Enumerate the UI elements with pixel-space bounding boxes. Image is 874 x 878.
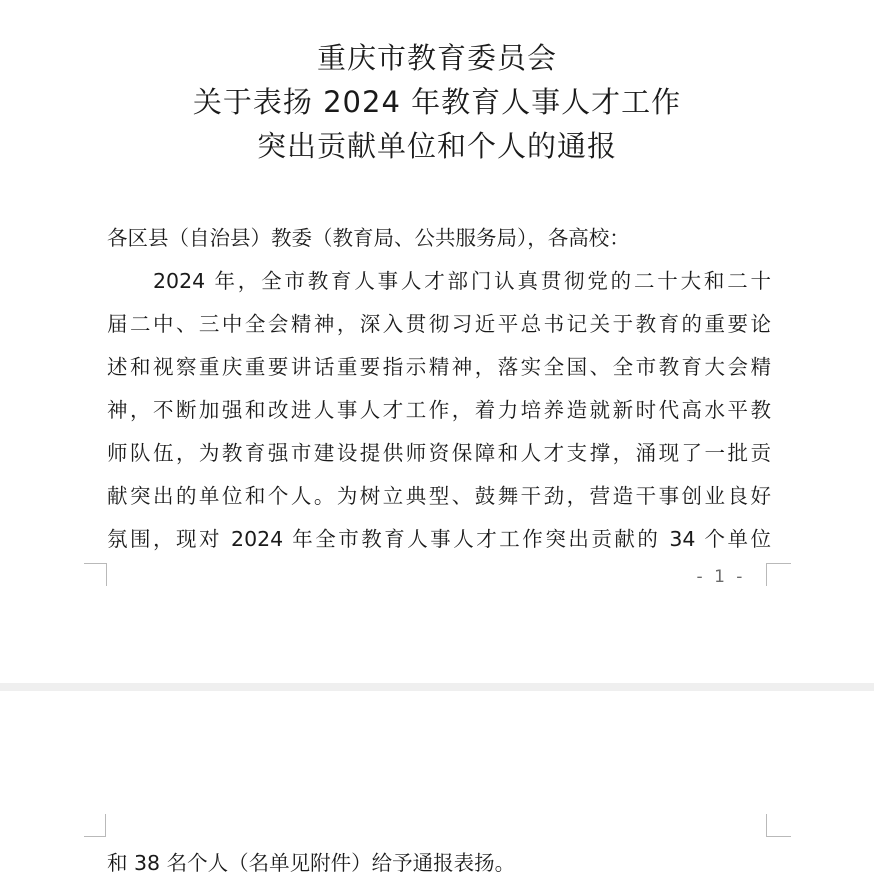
body-line-7: 氛围，现对 2024 年全市教育人事人才工作突出贡献的 34 个单位	[107, 524, 771, 554]
document-title-line-1: 重庆市教育委员会	[0, 38, 874, 78]
salutation: 各区县（自治县）教委（教育局、公共服务局），各高校：	[107, 223, 771, 253]
body-line-4: 神，不断加强和改进人事人才工作，着力培养造就新时代高水平教	[107, 395, 771, 425]
margin-corner-mark-bottom-right	[766, 563, 791, 586]
body-line-5: 师队伍，为教育强市建设提供师资保障和人才支撑，涌现了一批贡	[107, 438, 771, 468]
body-line-2: 届二中、三中全会精神，深入贯彻习近平总书记关于教育的重要论	[107, 309, 771, 339]
margin-corner-mark-top-right	[766, 814, 791, 837]
body-line-3: 述和视察重庆重要讲话重要指示精神，落实全国、全市教育大会精	[107, 352, 771, 382]
margin-corner-mark-bottom-left	[84, 563, 107, 586]
document-title-line-2: 关于表扬 2024 年教育人事人才工作	[0, 82, 874, 122]
margin-corner-mark-top-left	[84, 814, 106, 837]
page-separator	[0, 683, 874, 691]
body-line-1: 2024 年，全市教育人事人才部门认真贯彻党的二十大和二十	[153, 266, 771, 296]
page-number: - 1 -	[680, 565, 762, 589]
document-page-1: 重庆市教育委员会 关于表扬 2024 年教育人事人才工作 突出贡献单位和个人的通…	[0, 0, 874, 683]
document-title-line-3: 突出贡献单位和个人的通报	[0, 126, 874, 166]
body-line-6: 献突出的单位和个人。为树立典型、鼓舞干劲，营造干事创业良好	[107, 481, 771, 511]
page2-body-line-1: 和 38 名个人（名单见附件）给予通报表扬。	[107, 848, 771, 878]
